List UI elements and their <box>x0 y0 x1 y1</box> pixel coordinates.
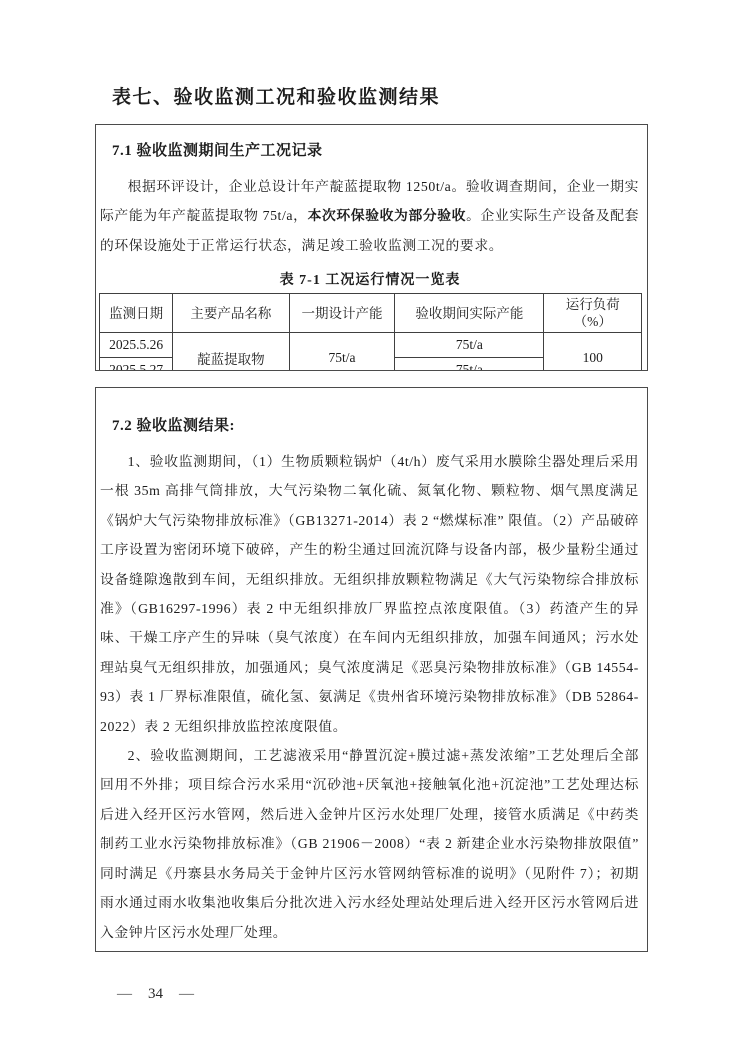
page-footer: — 34 — <box>117 986 194 1003</box>
cell-load: 100 <box>544 333 642 371</box>
section-7-2-paragraph-2: 2、验收监测期间，工艺滤液采用“静置沉淀+膜过滤+蒸发浓缩”工艺处理后全部回用不… <box>100 741 639 947</box>
cell-product: 靛蓝提取物 <box>173 333 290 371</box>
table-7-1: 监测日期 主要产品名称 一期设计产能 验收期间实际产能 运行负荷（%） 2025… <box>99 293 642 371</box>
footer-page-number: 34 <box>148 986 163 1003</box>
column-header-design-capacity: 一期设计产能 <box>289 294 395 333</box>
section-7-1-box: 7.1 验收监测期间生产工况记录 根据环评设计，企业总设计年产靛蓝提取物 125… <box>95 124 648 371</box>
table-7-1-caption: 表 7-1 工况运行情况一览表 <box>99 269 641 289</box>
section-7-1-paragraph: 根据环评设计，企业总设计年产靛蓝提取物 1250t/a。验收调查期间，企业一期实… <box>100 172 639 260</box>
cell-actual-capacity-2: 75t/a <box>395 358 544 371</box>
cell-date-2: 2025.5.27 <box>100 358 173 371</box>
footer-left-dash: — <box>117 986 132 1003</box>
cell-design-capacity: 75t/a <box>289 333 395 371</box>
page-title: 表七、验收监测工况和验收监测结果 <box>112 82 440 109</box>
column-header-load: 运行负荷（%） <box>544 294 642 333</box>
section-7-1-heading: 7.1 验收监测期间生产工况记录 <box>112 139 627 160</box>
column-header-load-line1: 运行负荷 <box>566 297 620 312</box>
table-row: 2025.5.26 靛蓝提取物 75t/a 75t/a 100 <box>100 333 642 358</box>
paragraph-text-bold: 本次环保验收为部分验收 <box>308 208 467 223</box>
footer-right-dash: — <box>179 986 194 1003</box>
section-7-2-heading: 7.2 验收监测结果: <box>112 414 627 435</box>
column-header-date: 监测日期 <box>100 294 173 333</box>
section-7-2-paragraph-1: 1、验收监测期间，（1）生物质颗粒锅炉（4t/h）废气采用水膜除尘器处理后采用一… <box>100 447 639 741</box>
table-header-row: 监测日期 主要产品名称 一期设计产能 验收期间实际产能 运行负荷（%） <box>100 294 642 333</box>
document-page: 表七、验收监测工况和验收监测结果 7.1 验收监测期间生产工况记录 根据环评设计… <box>0 0 740 1046</box>
column-header-load-line2: （%） <box>574 314 612 329</box>
cell-actual-capacity-1: 75t/a <box>395 333 544 358</box>
column-header-actual-capacity: 验收期间实际产能 <box>395 294 544 333</box>
cell-date-1: 2025.5.26 <box>100 333 173 358</box>
section-7-2-box: 7.2 验收监测结果: 1、验收监测期间，（1）生物质颗粒锅炉（4t/h）废气采… <box>95 387 648 952</box>
column-header-product: 主要产品名称 <box>173 294 290 333</box>
